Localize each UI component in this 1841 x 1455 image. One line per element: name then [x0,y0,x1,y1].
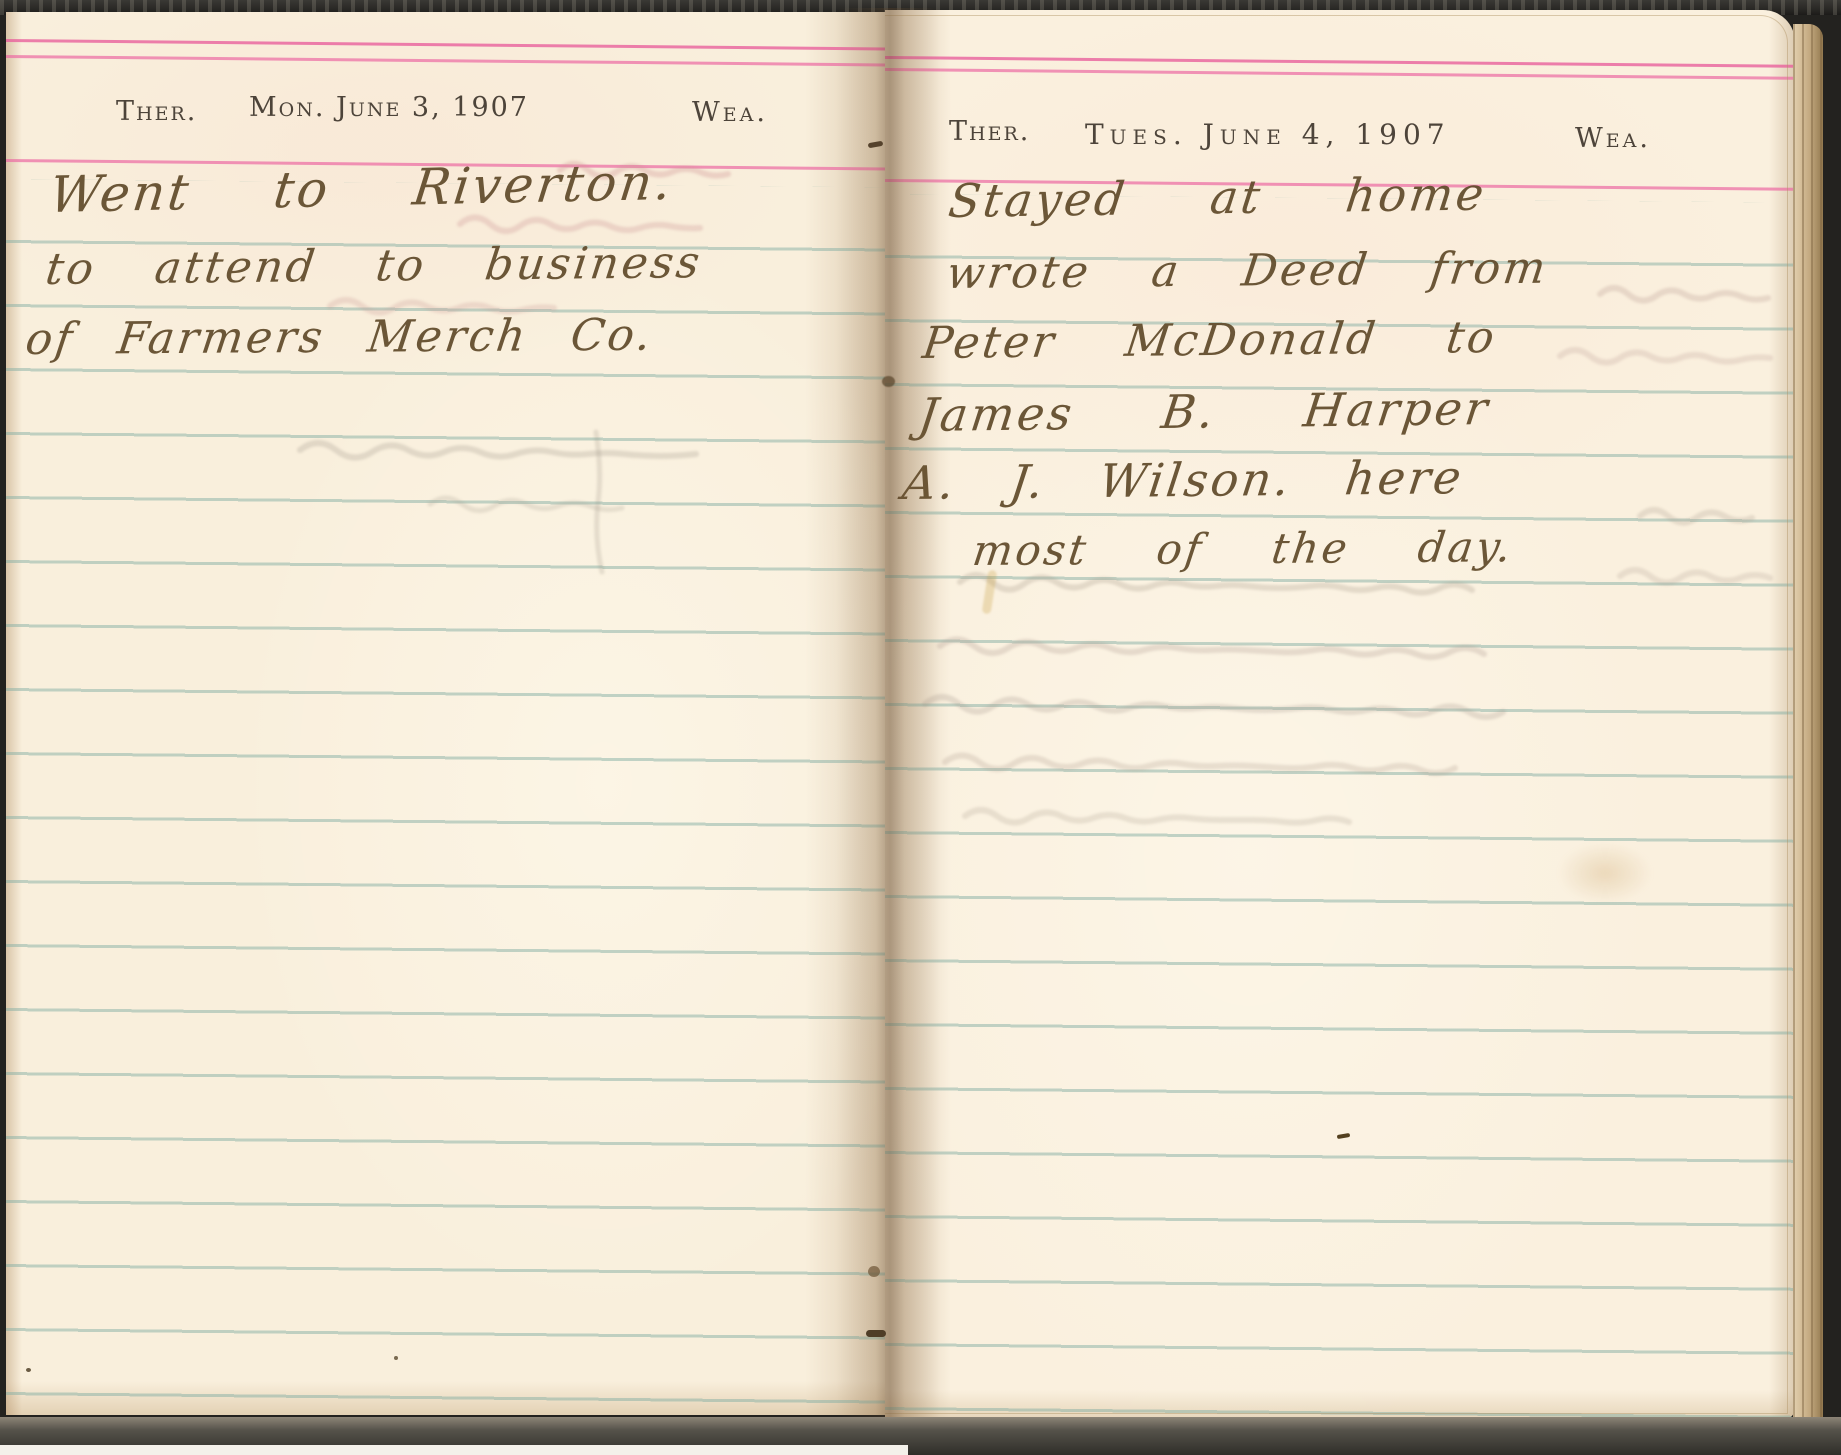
date-heading-right: Tues. June 4, 1907 [1085,118,1451,151]
pink-rule [885,68,1795,80]
handwritten-line: James B. Harper [916,381,1494,442]
handwritten-line: Peter McDonald to [920,312,1500,369]
ther-label-left: Ther. [116,96,197,127]
paper-speck [394,1356,398,1360]
ink-drip-mark [982,570,998,615]
bleedthrough-ghost-right [885,10,1795,1420]
diary-scan: Ther. Mon. June 3, 1907 Wea. Went to Riv… [0,0,1841,1455]
stray-pen-mark [1337,1133,1350,1139]
handwritten-line: wrote a Deed from [944,243,1552,299]
handwritten-line: to attend to business [43,237,706,295]
handwritten-line: A. J. Wilson. here [899,450,1467,510]
diary-page-left: Ther. Mon. June 3, 1907 Wea. Went to Riv… [6,12,885,1415]
stitch-mark [882,376,895,387]
book-gutter-shadow [836,8,940,1420]
handwritten-line: most of the day. [970,522,1517,575]
blue-rules [885,194,1795,1420]
stitch-mark [868,1266,880,1277]
ruled-lines-right [885,10,1795,1420]
date-heading-left: Mon. June 3, 1907 [249,92,529,123]
handwritten-line: Stayed at home [946,166,1490,228]
paper-speck [26,1368,31,1372]
paper-stain [1557,842,1653,904]
pink-rule [6,39,885,51]
scanner-bed-white [0,1445,908,1455]
handwritten-line: of Farmers Merch Co. [23,310,657,365]
pink-rule [6,55,885,67]
pink-rule [885,56,1795,68]
diary-page-right: Ther. Tues. June 4, 1907 Wea. Stayed at … [885,10,1795,1420]
stitch-mark [866,1330,886,1337]
ruled-lines-left [6,12,885,1415]
ther-label-right: Ther. [949,116,1030,147]
page-edge-stack-right [1793,24,1823,1420]
pink-rule [885,179,1795,191]
wea-label-left: Wea. [692,97,768,128]
wea-label-right: Wea. [1575,123,1651,154]
